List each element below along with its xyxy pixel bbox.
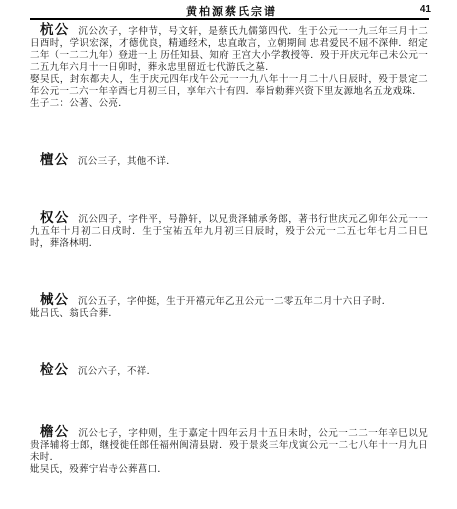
book-title: 黄柏源蔡氏宗谱 xyxy=(30,3,433,19)
entry-text: 沉公次子，字仲节，号文轩，是蔡氏九儒第四代．生于公元一一九三年三月十二日酉时，学… xyxy=(30,27,428,73)
entry-paragraph: 生子二：公著、公亮． xyxy=(30,98,428,110)
entry-text: 沉公三子，其他不详． xyxy=(78,157,176,167)
person-name: 检公 xyxy=(40,362,69,377)
page-content: 杭公沉公次子，字仲节，号文轩，是蔡氏九儒第四代．生于公元一一九三年三月十二日酉时… xyxy=(30,24,428,476)
entry-paragraph: 杭公沉公次子，字仲节，号文轩，是蔡氏九儒第四代．生于公元一一九三年三月十二日酉时… xyxy=(30,24,428,74)
entry-paragraph: 檐公沉公七子，字仲则，生于嘉定十四年云月十五日未时，公元一二二一年辛巳以兄贵泽辅… xyxy=(30,426,428,464)
entry-paragraph: 妣吕氏、翁氏合葬． xyxy=(30,308,428,320)
genealogy-page: 黄柏源蔡氏宗谱 41 杭公沉公次子，字仲节，号文轩，是蔡氏九儒第四代．生于公元一… xyxy=(0,0,457,509)
header-divider xyxy=(30,18,429,20)
entry-paragraph: 权公沉公四子，字件平，号静轩，以兄贵泽辅承务郎，著书行世庆元乙卯年公元一一九五年… xyxy=(30,212,428,250)
entry-paragraph: 检公沉公六子，不祥． xyxy=(30,364,428,378)
entry-paragraph: 械公沉公五子，字仲挺，生于开禧元年乙丑公元一二零五年二月十六日子时． xyxy=(30,294,428,308)
person-name: 械公 xyxy=(40,292,69,307)
entry-paragraph: 妣吴氏，殁葬宁岩寺公葬菖口． xyxy=(30,464,428,476)
entry-paragraph: 娶吴氏，封东都夫人，生于庆元四年戊午公元一一九八年十一月二十八日辰时，殁于景定二… xyxy=(30,74,428,98)
entry-hang-gong: 杭公沉公次子，字仲节，号文轩，是蔡氏九儒第四代．生于公元一一九三年三月十二日酉时… xyxy=(30,24,428,110)
entry-text: 沉公七子，字仲则，生于嘉定十四年云月十五日未时，公元一二二一年辛巳以兄贵泽辅将士… xyxy=(30,429,428,463)
entry-paragraph: 檀公沉公三子，其他不详． xyxy=(30,154,428,168)
entry-xie-gong: 械公沉公五子，字仲挺，生于开禧元年乙丑公元一二零五年二月十六日子时． 妣吕氏、翁… xyxy=(30,294,428,320)
entry-quan-gong: 权公沉公四子，字件平，号静轩，以兄贵泽辅承务郎，著书行世庆元乙卯年公元一一九五年… xyxy=(30,212,428,250)
entry-jian-gong: 检公沉公六子，不祥． xyxy=(30,364,428,378)
person-name: 檐公 xyxy=(40,424,69,439)
entry-text: 沉公四子，字件平，号静轩，以兄贵泽辅承务郎，著书行世庆元乙卯年公元一一九五年十月… xyxy=(30,215,428,249)
page-header: 黄柏源蔡氏宗谱 41 xyxy=(30,2,433,18)
page-number: 41 xyxy=(420,4,431,15)
person-name: 权公 xyxy=(40,210,69,225)
entry-tan-gong: 檀公沉公三子，其他不详． xyxy=(30,154,428,168)
entry-yan-gong: 檐公沉公七子，字仲则，生于嘉定十四年云月十五日未时，公元一二二一年辛巳以兄贵泽辅… xyxy=(30,426,428,476)
person-name: 杭公 xyxy=(40,22,69,37)
entry-text: 沉公五子，字仲挺，生于开禧元年乙丑公元一二零五年二月十六日子时． xyxy=(78,297,392,307)
person-name: 檀公 xyxy=(40,152,69,167)
entry-text: 沉公六子，不祥． xyxy=(78,367,156,377)
